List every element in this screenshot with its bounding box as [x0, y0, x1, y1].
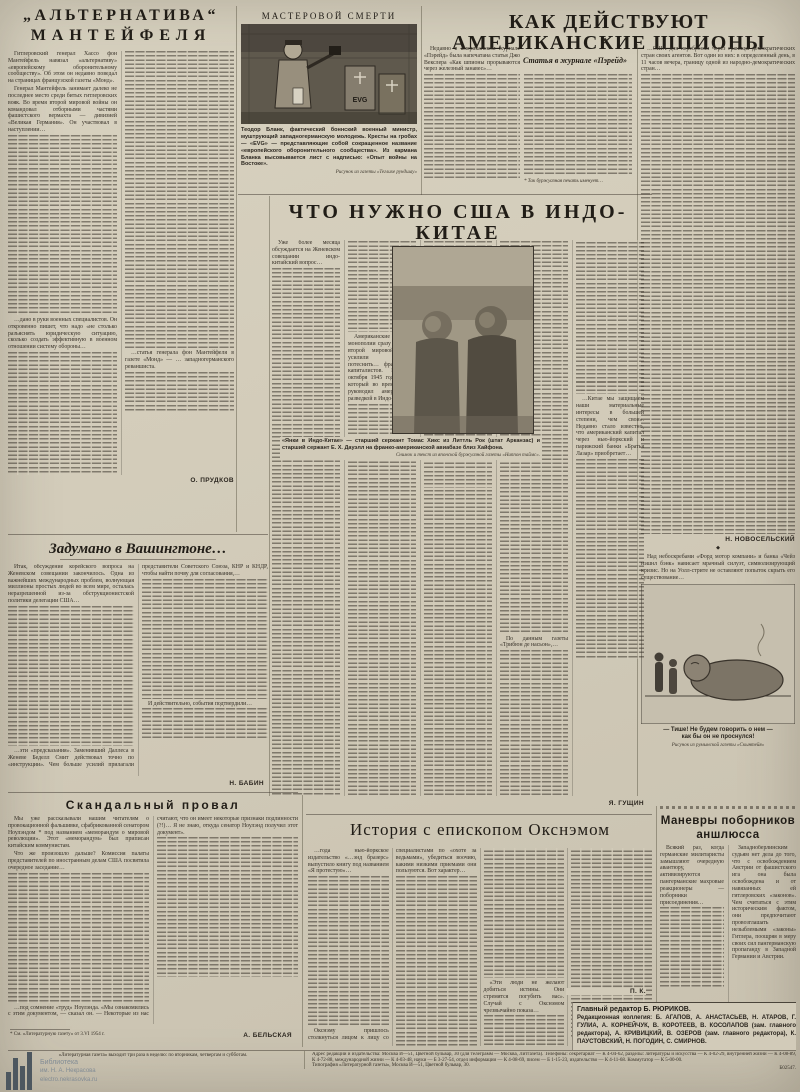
washington-paragraph: И действительно, события подтвердили…	[142, 701, 268, 708]
stamp-line-3: electro.nekrasovka.ru	[40, 1076, 166, 1084]
body-text-filler	[524, 74, 632, 174]
body-text-filler	[125, 372, 234, 412]
library-stamp: Библиотека им. Н. А. Некрасова electro.n…	[6, 1048, 166, 1092]
print-house-line: Типография «Литературной газеты», Москва…	[312, 1063, 632, 1069]
cartoon-caption: Теодор Бланк, фактический боннский военн…	[241, 127, 417, 168]
divider	[236, 6, 237, 532]
spies-paragraph: …США для переброски через границы демокр…	[641, 46, 795, 73]
body-text-filler	[157, 837, 298, 977]
oxnam-headline: История с епископом Окснэмом	[308, 821, 652, 840]
washington-paragraph: Итак, обсуждение корейского вопроса на Ж…	[8, 564, 134, 605]
manteuffel-body: Гитлеровский генерал Хассо фон Мантейфел…	[8, 51, 234, 475]
divider	[306, 814, 652, 815]
body-text-filler	[576, 459, 644, 659]
scandal-footnote: * См. «Литературную газету» от 3.VI 1954…	[10, 1032, 160, 1038]
oxnam-paragraph: …года нью-йоркское издательство «…энд бр…	[308, 848, 389, 875]
cartoon-master-of-death: МАСТЕРОВОЙ СМЕРТИ EVG Теодор Бланк, фак	[241, 12, 417, 176]
manteuffel-paragraph: …статья генерала фон Мантейфеля в газете…	[125, 350, 234, 370]
photo-credit: Снимок и текст из японской буржуазной га…	[282, 453, 540, 459]
scandal-paragraph: Мы уже рассказывали нашим читателям о пр…	[8, 816, 149, 850]
divider	[421, 6, 422, 195]
manteuffel-paragraph: …дано в руки военных специалистов. Он от…	[8, 317, 117, 351]
indochina-headline: ЧТО НУЖНО США В ИНДО-КИТАЕ	[272, 202, 644, 244]
crisis-paragraph: Над небоскребами «Форд мотор компани» и …	[641, 554, 795, 581]
divider	[8, 534, 268, 535]
oxnam-signature: П. К.	[566, 988, 646, 995]
crisis-cartoon-image	[641, 584, 795, 724]
indochina-signature: Я. ГУЩИН	[560, 800, 644, 807]
body-text-filler	[142, 708, 268, 738]
address-and-phones: Адрес редакции и издательства: Москва И—…	[312, 1052, 796, 1063]
body-text-filler	[641, 74, 795, 534]
cartoon-credit: Рисунок из газеты «Теглихе рундшау»	[241, 170, 417, 176]
body-text-filler	[8, 606, 134, 746]
divider	[660, 806, 796, 809]
washington-signature: Н. БАБИН	[8, 780, 264, 787]
cartoon-title: МАСТЕРОВОЙ СМЕРТИ	[241, 12, 417, 21]
divider	[10, 1029, 70, 1030]
manteuffel-headline-line2: МАНТЕЙФЕЛЯ	[8, 26, 234, 46]
stamp-line-2: им. Н. А. Некрасова	[40, 1067, 166, 1075]
editorial-block: Главный редактор Б. РЮРИКОВ. Редакционна…	[572, 1002, 796, 1050]
divider	[8, 792, 298, 793]
spies-paragraph: Недавно в американском журнале «Пэрейд» …	[424, 46, 520, 73]
anschluss-paragraph: Всякий раз, когда германские милитаристы…	[660, 845, 724, 906]
manteuffel-signature: О. ПРУДКОВ	[8, 477, 234, 484]
scandal-body: Мы уже рассказывали нашим читателям о пр…	[8, 816, 298, 1024]
body-text-filler	[142, 579, 268, 699]
print-code: Б02547.	[744, 1066, 796, 1072]
divider	[238, 194, 652, 195]
right-column-strip: …США для переброски через границы демокр…	[641, 46, 795, 749]
body-text-filler	[308, 876, 389, 1026]
newspaper-page: „АЛЬТЕРНАТИВА“ МАНТЕЙФЕЛЯ Гитлеровский г…	[0, 0, 800, 1092]
scandal-headline: Скандальный провал	[8, 798, 298, 812]
manteuffel-paragraph: Генерал Мантейфель занимает далеко не по…	[8, 86, 117, 134]
spies-column-1: Недавно в американском журнале «Пэрейд» …	[424, 46, 520, 194]
library-logo-icon	[6, 1052, 34, 1090]
washington-headline: Задумано в Вашингтоне…	[8, 541, 268, 558]
divider	[60, 559, 216, 560]
divider	[656, 806, 657, 1004]
divider	[304, 1051, 305, 1069]
scandal-signature: А. БЕЛЬСКАЯ	[180, 1032, 292, 1039]
article-manteuffel: „АЛЬТЕРНАТИВА“ МАНТЕЙФЕЛЯ Гитлеровский г…	[8, 6, 234, 484]
stamp-line-1: Библиотека	[40, 1058, 166, 1067]
body-text-filler	[8, 135, 117, 315]
anschluss-headline-line1: Маневры поборников	[660, 814, 796, 828]
spies-subtitle: Статья в журнале «Пэрейд»	[500, 56, 650, 66]
coffin-label: EVG	[353, 97, 368, 104]
manteuffel-paragraph: Гитлеровский генерал Хассо фон Мантейфел…	[8, 51, 117, 85]
divider	[269, 196, 270, 796]
spies-signature: Н. НОВОСЕЛЬСКИЙ	[641, 536, 795, 543]
washington-body: Итак, обсуждение корейского вопроса на Ж…	[8, 564, 268, 776]
indochina-paragraph: …Китае мы защищаем наши материальные инт…	[576, 396, 644, 457]
indochina-paragraph: Уже более месяца обсуждается на Женевско…	[272, 240, 340, 267]
editor-in-chief: Главный редактор Б. РЮРИКОВ.	[577, 1005, 796, 1014]
spies-footnote: * Так буржуазная печать именует…	[524, 179, 632, 185]
divider	[302, 795, 303, 1047]
photo-caption: «Янки в Индо-Китае» — старший сержант То…	[282, 438, 540, 452]
crisis-credit: Рисунок из румынской газеты «Скынтейя»	[641, 743, 795, 749]
scandal-paragraph: Что же произошло дальше? Комиссия палаты…	[8, 851, 149, 871]
body-text-filler	[8, 873, 149, 1003]
editorial-board: Редакционная коллегия: Б. АГАПОВ, А. АНА…	[577, 1014, 796, 1046]
anschluss-headline-line2: аншлюсса	[660, 828, 796, 842]
anschluss-body: Всякий раз, когда германские милитаристы…	[660, 845, 796, 1003]
ornament-diamond-icon: ◆	[595, 38, 615, 43]
library-stamp-text: Библиотека им. Н. А. Некрасова electro.n…	[40, 1058, 166, 1084]
manteuffel-headline-line1: „АЛЬТЕРНАТИВА“	[8, 6, 234, 26]
body-text-filler	[660, 907, 724, 987]
oxnam-paragraph: «Эти люди не желают добиться истины. Они…	[484, 980, 565, 1014]
ornament-diamond-icon: ◆	[641, 546, 795, 551]
crisis-caption-line2: как бы он не проснулся!	[641, 734, 795, 742]
indochina-paragraph: По данным газеты «Трибюн де насьон»,…	[500, 636, 568, 650]
body-text-filler	[424, 74, 520, 178]
cartoon-image: EVG	[241, 24, 417, 124]
indochina-photo-caption-block: «Янки в Индо-Китае» — старший сержант То…	[280, 437, 542, 460]
indochina-photo	[392, 246, 534, 434]
anschluss-paragraph: Западноберлинским судьям нет дела до тог…	[732, 845, 796, 961]
